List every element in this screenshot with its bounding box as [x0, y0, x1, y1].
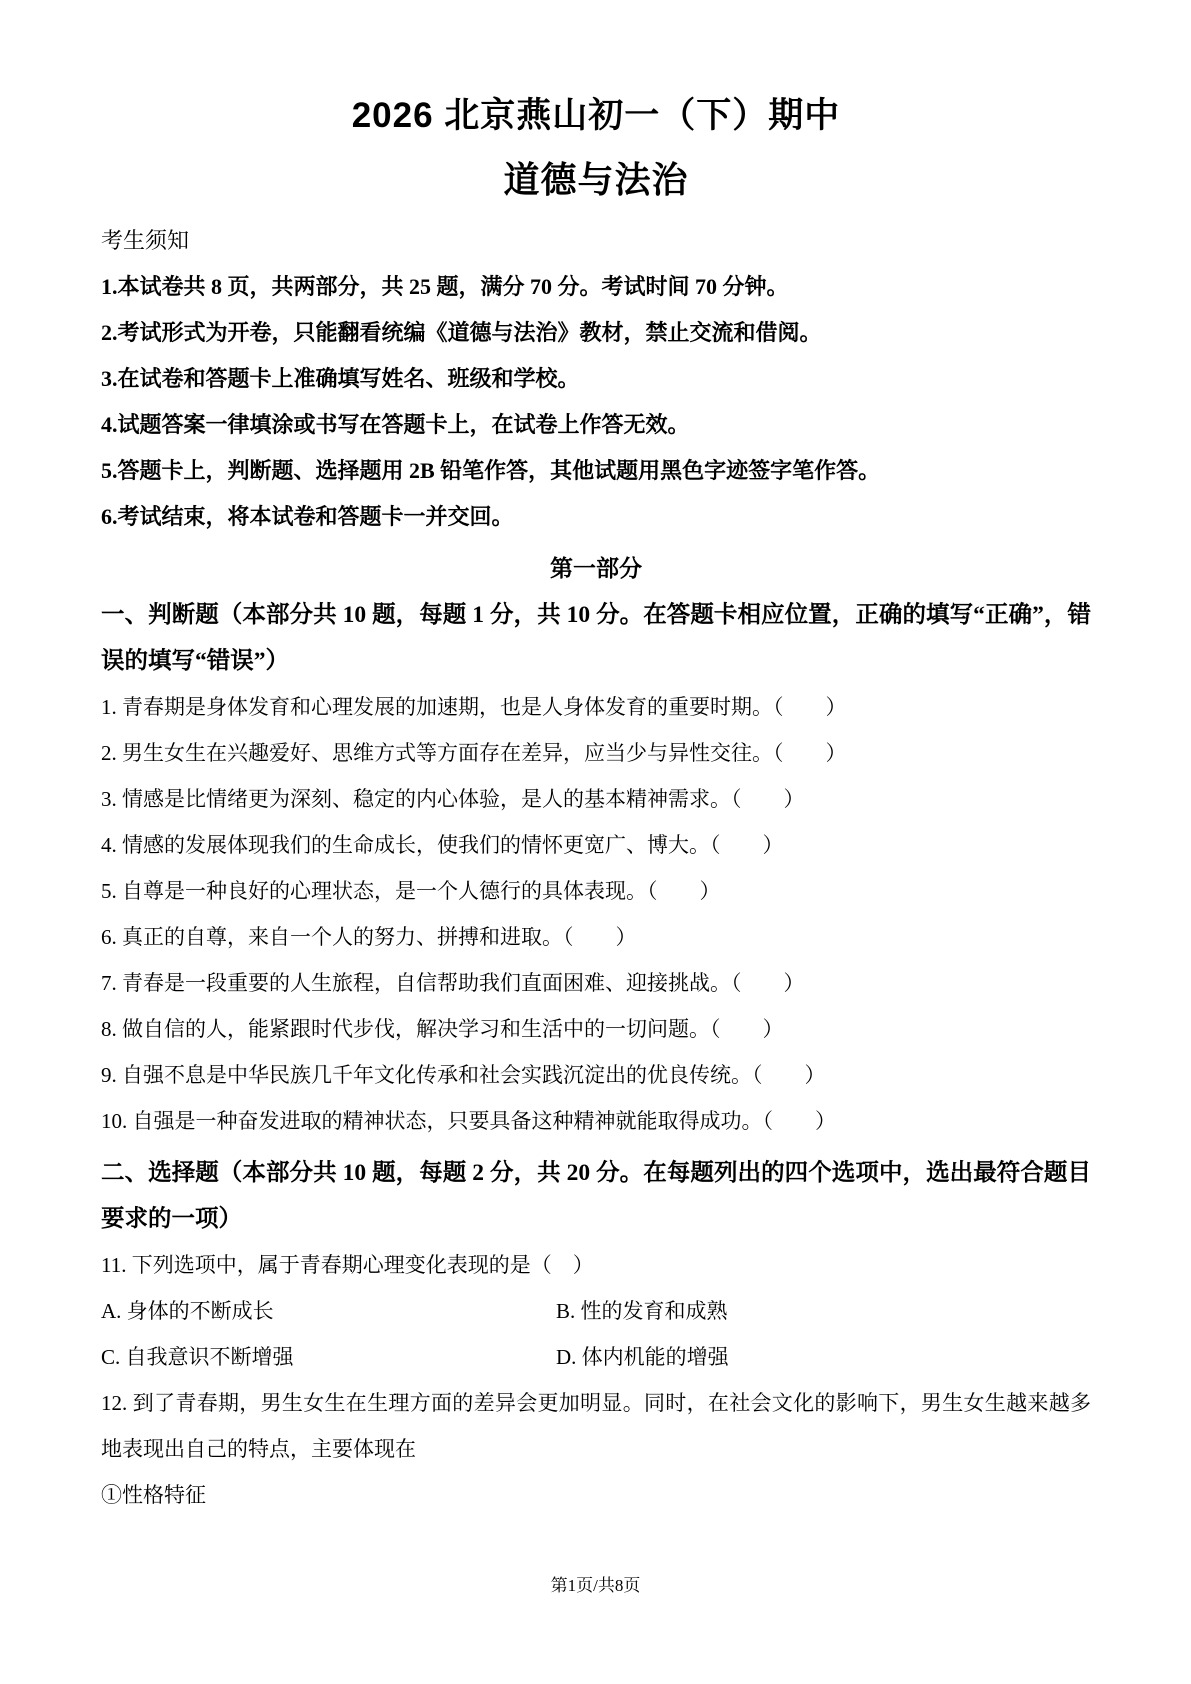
question-11-options-row-1: A. 身体的不断成长 B. 性的发育和成熟	[101, 1288, 1091, 1334]
judgement-question-8: 8. 做自信的人，能紧跟时代步伐，解决学习和生活中的一切问题。（ ）	[101, 1006, 1091, 1052]
question-12-item-1: ①性格特征	[101, 1472, 1091, 1518]
notice-item-2: 2.考试形式为开卷，只能翻看统编《道德与法治》教材，禁止交流和借阅。	[101, 310, 1091, 356]
page-content: 2026 北京燕山初一（下）期中 道德与法治 考生须知 1.本试卷共 8 页，共…	[0, 0, 1191, 1518]
notice-item-3: 3.在试卷和答题卡上准确填写姓名、班级和学校。	[101, 356, 1091, 402]
exam-subject-title: 道德与法治	[101, 150, 1091, 210]
question-11-option-b: B. 性的发育和成熟	[556, 1288, 1091, 1334]
judgement-question-10: 10. 自强是一种奋发进取的精神状态，只要具备这种精神就能取得成功。（ ）	[101, 1098, 1091, 1144]
question-12-stem: 12. 到了青春期，男生女生在生理方面的差异会更加明显。同时，在社会文化的影响下…	[101, 1380, 1091, 1472]
notice-item-5: 5.答题卡上，判断题、选择题用 2B 铅笔作答，其他试题用黑色字迹签字笔作答。	[101, 448, 1091, 494]
question-11-option-c: C. 自我意识不断增强	[101, 1334, 556, 1380]
exam-paper-page: 2026 北京燕山初一（下）期中 道德与法治 考生须知 1.本试卷共 8 页，共…	[0, 0, 1191, 1684]
question-11-option-a: A. 身体的不断成长	[101, 1288, 556, 1334]
notice-item-4: 4.试题答案一律填涂或书写在答题卡上，在试卷上作答无效。	[101, 402, 1091, 448]
exam-body: 考生须知 1.本试卷共 8 页，共两部分，共 25 题，满分 70 分。考试时间…	[101, 218, 1091, 1518]
part1-heading: 第一部分	[101, 546, 1091, 592]
judgement-question-1: 1. 青春期是身体发育和心理发展的加速期，也是人身体发育的重要时期。（ ）	[101, 684, 1091, 730]
notice-header: 考生须知	[101, 218, 1091, 264]
judgement-question-3: 3. 情感是比情绪更为深刻、稳定的内心体验，是人的基本精神需求。（ ）	[101, 776, 1091, 822]
notice-item-1: 1.本试卷共 8 页，共两部分，共 25 题，满分 70 分。考试时间 70 分…	[101, 264, 1091, 310]
judgement-question-9: 9. 自强不息是中华民族几千年文化传承和社会实践沉淀出的优良传统。（ ）	[101, 1052, 1091, 1098]
judgement-question-7: 7. 青春是一段重要的人生旅程，自信帮助我们直面困难、迎接挑战。（ ）	[101, 960, 1091, 1006]
question-11-stem: 11. 下列选项中，属于青春期心理变化表现的是（ ）	[101, 1242, 1091, 1288]
exam-title: 2026 北京燕山初一（下）期中	[101, 86, 1091, 146]
question-11-options-row-2: C. 自我意识不断增强 D. 体内机能的增强	[101, 1334, 1091, 1380]
section2-heading: 二、选择题（本部分共 10 题，每题 2 分，共 20 分。在每题列出的四个选项…	[101, 1150, 1091, 1242]
judgement-question-4: 4. 情感的发展体现我们的生命成长，使我们的情怀更宽广、博大。（ ）	[101, 822, 1091, 868]
judgement-question-5: 5. 自尊是一种良好的心理状态，是一个人德行的具体表现。（ ）	[101, 868, 1091, 914]
question-11-option-d: D. 体内机能的增强	[556, 1334, 1091, 1380]
judgement-question-6: 6. 真正的自尊，来自一个人的努力、拼搏和进取。（ ）	[101, 914, 1091, 960]
section1-heading: 一、判断题（本部分共 10 题，每题 1 分，共 10 分。在答题卡相应位置，正…	[101, 592, 1091, 684]
notice-item-6: 6.考试结束，将本试卷和答题卡一并交回。	[101, 494, 1091, 540]
judgement-question-2: 2. 男生女生在兴趣爱好、思维方式等方面存在差异，应当少与异性交往。（ ）	[101, 730, 1091, 776]
page-number-indicator: 第1页/共8页	[0, 1572, 1191, 1600]
